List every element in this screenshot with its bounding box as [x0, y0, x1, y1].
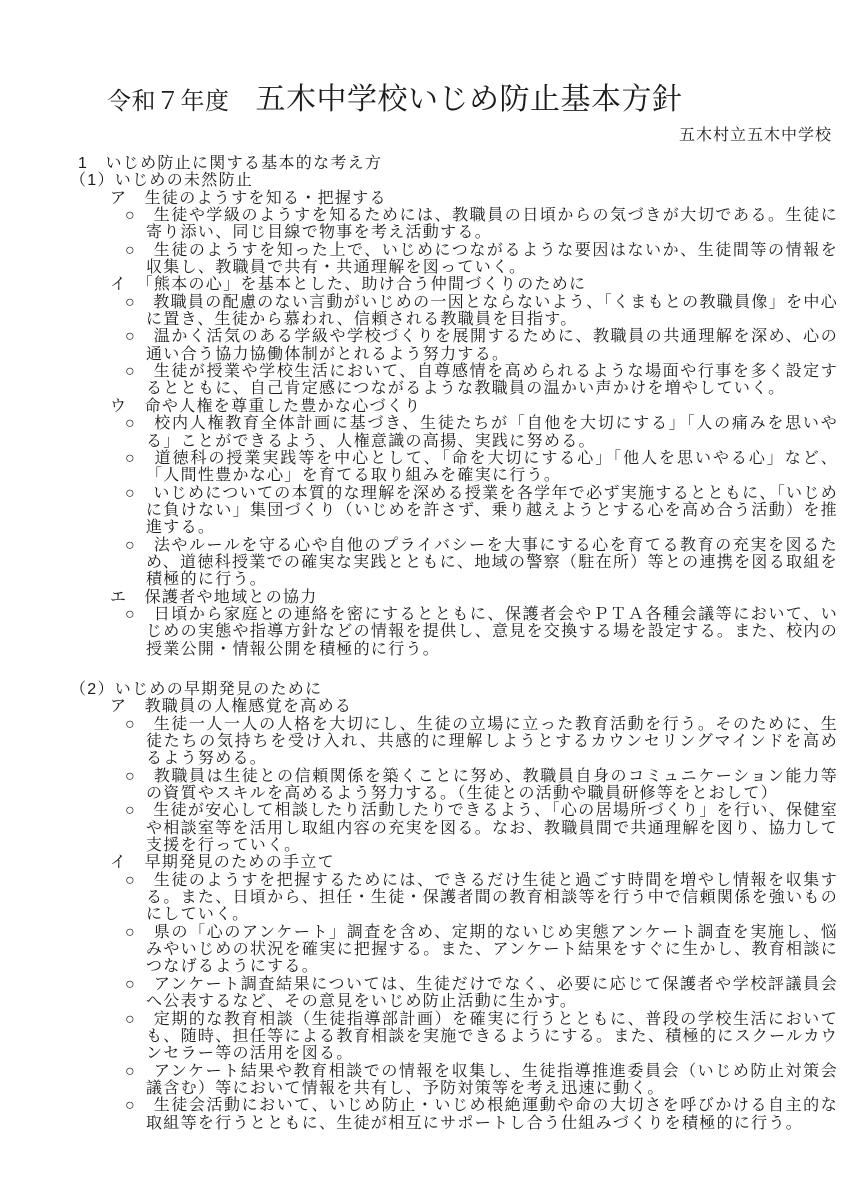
school-name: 五木村立五木中学校: [0, 126, 848, 146]
item-heading: イ 早期発見のための手立て: [0, 854, 848, 871]
bullet-paragraph: ○ 生徒が安心して相談したり活動したりできるよう、「心の居場所づくり」を行い、保…: [0, 802, 848, 854]
bullet-paragraph: ○ 定期的な教育相談（生徒指導部計画）を確実に行うとともに、普段の学校生活におい…: [0, 1011, 848, 1063]
bullet-paragraph: ○ 日頃から家庭との連絡を密にするとともに、保護者会やＰＴＡ各種会議等において、…: [0, 606, 848, 658]
bullet-paragraph: ○ 教職員は生徒との信頼関係を築くことに努め、教職員自身のコミュニケーション能力…: [0, 768, 848, 803]
bullet-paragraph: ○ 生徒のようすを把握するためには、できるだけ生徒と過ごす時間を増やし情報を収集…: [0, 872, 848, 924]
bullet-paragraph: ○ 温かく活気のある学級や学校づくりを展開するために、教職員の共通理解を深め、心…: [0, 328, 848, 363]
document-page: 令和７年度五木中学校いじめ防止基本方針 五木村立五木中学校 1 いじめ防止に関す…: [0, 0, 848, 1200]
bullet-paragraph: ○ 生徒会活動において、いじめ防止・いじめ根絶運動や命の大切さを呼びかける自主的…: [0, 1097, 848, 1132]
document-title: 令和７年度五木中学校いじめ防止基本方針: [0, 74, 848, 118]
bullet-paragraph: ○ 生徒のようすを知った上で、いじめにつながるような要因はないか、生徒間等の情報…: [0, 242, 848, 277]
title-year: 令和７年度: [107, 88, 230, 115]
item-heading: ア 教職員の人権感覚を高める: [0, 698, 848, 715]
item-heading: イ 「熊本の心」を基本とした、助け合う仲間づくりのために: [0, 276, 848, 293]
bullet-paragraph: ○ 県の「心のアンケート」調査を含め、定期的ないじめ実態アンケート調査を実施し、…: [0, 924, 848, 976]
bullet-paragraph: ○ アンケート調査結果については、生徒だけでなく、必要に応じて保護者や学校評議員…: [0, 976, 848, 1011]
bullet-paragraph: ○ 生徒一人一人の人格を大切にし、生徒の立場に立った教育活動を行う。そのために、…: [0, 716, 848, 768]
bullet-paragraph: ○ 生徒や学級のようすを知るためには、教職員の日頃からの気づきが大切である。生徒…: [0, 207, 848, 242]
bullet-paragraph: ○ 教職員の配慮のない言動がいじめの一因とならないよう、「くまもとの教職員像」を…: [0, 294, 848, 329]
bullet-paragraph: ○ 法やルールを守る心や自他のプライバシーを大事にする心を育てる教育の充実を図る…: [0, 537, 848, 589]
bullet-paragraph: ○ 生徒が授業や学校生活において、自尊感情を高められるような場面や行事を多く設定…: [0, 363, 848, 398]
subsection-heading: （1）いじめの未然防止: [0, 172, 848, 189]
bullet-paragraph: ○ いじめについての本質的な理解を深める授業を各学年で必ず実施するとともに、「い…: [0, 485, 848, 537]
title-main: 五木中学校いじめ防止基本方針: [256, 83, 683, 116]
subsection-heading: （2）いじめの早期発見のために: [0, 681, 848, 698]
item-heading: ウ 命や人権を尊重した豊かな心づくり: [0, 398, 848, 415]
section-heading: 1 いじめ防止に関する基本的な考え方: [0, 155, 848, 172]
document-body: 1 いじめ防止に関する基本的な考え方（1）いじめの未然防止ア 生徒のようすを知る…: [0, 155, 848, 1132]
bullet-paragraph: ○ 道徳科の授業実践等を中心として、「命を大切にする心」「他人を思いやる心」など…: [0, 450, 848, 485]
bullet-paragraph: ○ アンケート結果や教育相談での情報を収集し、生徒指導推進委員会（いじめ防止対策…: [0, 1063, 848, 1098]
item-heading: エ 保護者や地域との協力: [0, 589, 848, 606]
item-heading: ア 生徒のようすを知る・把握する: [0, 190, 848, 207]
bullet-paragraph: ○ 校内人権教育全体計画に基づき、生徒たちが「自他を大切にする」「人の痛みを思い…: [0, 415, 848, 450]
section-spacer: [0, 658, 848, 681]
